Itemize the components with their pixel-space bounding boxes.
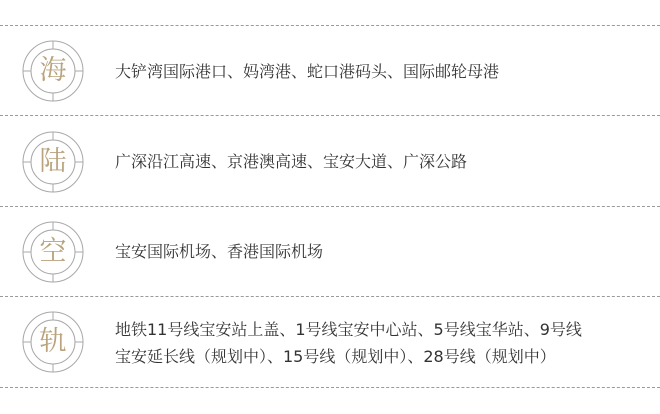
- transport-row-rail: 轨 地铁11号线宝安站上盖、1号线宝安中心站、5号线宝华站、9号线 宝安延长线（…: [0, 296, 660, 387]
- transport-description: 宝安国际机场、香港国际机场: [115, 238, 323, 265]
- category-label: 轨: [22, 311, 84, 373]
- description-line: 大铲湾国际港口、妈湾港、蛇口港码头、国际邮轮母港: [115, 58, 499, 85]
- transport-description: 地铁11号线宝安站上盖、1号线宝安中心站、5号线宝华站、9号线 宝安延长线（规划…: [115, 316, 582, 370]
- description-line: 地铁11号线宝安站上盖、1号线宝安中心站、5号线宝华站、9号线: [115, 316, 582, 343]
- transport-row-air: 空 宝安国际机场、香港国际机场: [0, 206, 660, 296]
- transport-description: 广深沿江高速、京港澳高速、宝安大道、广深公路: [115, 148, 467, 175]
- description-line: 广深沿江高速、京港澳高速、宝安大道、广深公路: [115, 148, 467, 175]
- description-line: 宝安延长线（规划中）、15号线（规划中）、28号线（规划中）: [115, 343, 582, 370]
- rail-badge-icon: 轨: [22, 311, 84, 373]
- transport-description: 大铲湾国际港口、妈湾港、蛇口港码头、国际邮轮母港: [115, 58, 499, 85]
- divider-bottom: [0, 387, 660, 388]
- land-badge-icon: 陆: [22, 131, 84, 193]
- transport-row-land: 陆 广深沿江高速、京港澳高速、宝安大道、广深公路: [0, 115, 660, 206]
- category-label: 陆: [22, 131, 84, 193]
- description-line: 宝安国际机场、香港国际机场: [115, 238, 323, 265]
- category-label: 海: [22, 40, 84, 102]
- sea-badge-icon: 海: [22, 40, 84, 102]
- category-label: 空: [22, 221, 84, 283]
- transport-row-sea: 海 大铲湾国际港口、妈湾港、蛇口港码头、国际邮轮母港: [0, 25, 660, 115]
- air-badge-icon: 空: [22, 221, 84, 283]
